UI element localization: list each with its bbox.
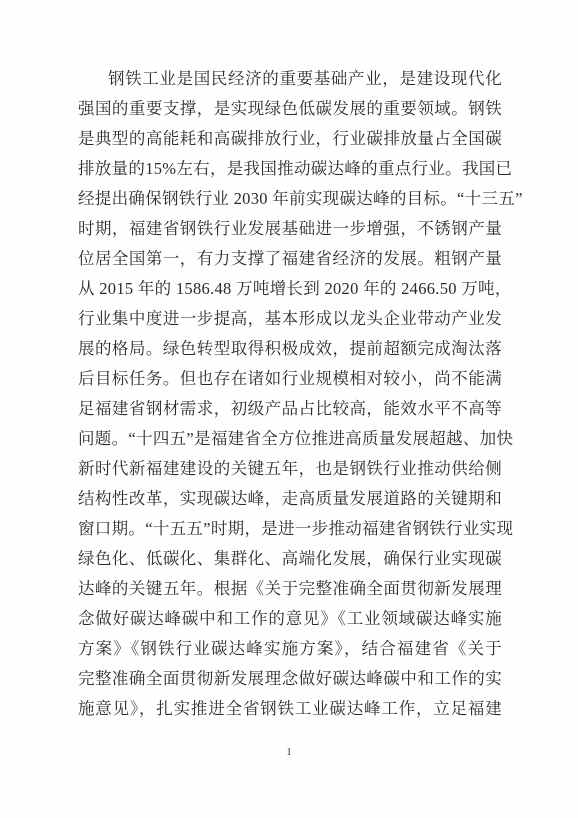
- document-page: 钢铁工业是国民经济的重要基础产业，是建设现代化 强国的重要支撑，是实现绿色低碳发…: [0, 0, 578, 818]
- text-line: 完整准确全面贯彻新发展理念做好碳达峰碳中和工作的实: [78, 664, 502, 694]
- text-line: 从 2015 年的 1586.48 万吨增长到 2020 年的 2466.50 …: [78, 274, 502, 304]
- text-line: 时期，福建省钢铁行业发展基础进一步增强，不锈钢产量: [78, 214, 502, 244]
- body-text: 钢铁工业是国民经济的重要基础产业，是建设现代化 强国的重要支撑，是实现绿色低碳发…: [78, 64, 502, 724]
- text-line: 展的格局。绿色转型取得积极成效，提前超额完成淘汰落: [78, 334, 502, 364]
- text-line: 新时代新福建建设的关键五年，也是钢铁行业推动供给侧: [78, 454, 502, 484]
- page-number: 1: [0, 744, 578, 760]
- text-line: 行业集中度进一步提高，基本形成以龙头企业带动产业发: [78, 304, 502, 334]
- text-line: 方案》《钢铁行业碳达峰实施方案》，结合福建省《关于: [78, 634, 502, 664]
- text-line: 钢铁工业是国民经济的重要基础产业，是建设现代化: [78, 64, 502, 94]
- text-line: 问题。“十四五”是福建省全方位推进高质量发展超越、加快: [78, 424, 502, 454]
- text-line: 结构性改革，实现碳达峰，走高质量发展道路的关键期和: [78, 484, 502, 514]
- text-line: 窗口期。“十五五”时期，是进一步推动福建省钢铁行业实现: [78, 514, 502, 544]
- text-line: 排放量的15%左右，是我国推动碳达峰的重点行业。我国已: [78, 154, 502, 184]
- text-line: 达峰的关键五年。根据《关于完整准确全面贯彻新发展理: [78, 574, 502, 604]
- text-line: 经提出确保钢铁行业 2030 年前实现碳达峰的目标。“十三五”: [78, 184, 502, 214]
- text-line: 强国的重要支撑，是实现绿色低碳发展的重要领域。钢铁: [78, 94, 502, 124]
- text-line: 绿色化、低碳化、集群化、高端化发展，确保行业实现碳: [78, 544, 502, 574]
- text-line: 是典型的高能耗和高碳排放行业，行业碳排放量占全国碳: [78, 124, 502, 154]
- text-line: 足福建省钢材需求，初级产品占比较高，能效水平不高等: [78, 394, 502, 424]
- text-line: 念做好碳达峰碳中和工作的意见》《工业领域碳达峰实施: [78, 604, 502, 634]
- text-line: 位居全国第一，有力支撑了福建省经济的发展。粗钢产量: [78, 244, 502, 274]
- text-line: 后目标任务。但也存在诸如行业规模相对较小，尚不能满: [78, 364, 502, 394]
- text-line: 施意见》，扎实推进全省钢铁工业碳达峰工作，立足福建: [78, 694, 502, 724]
